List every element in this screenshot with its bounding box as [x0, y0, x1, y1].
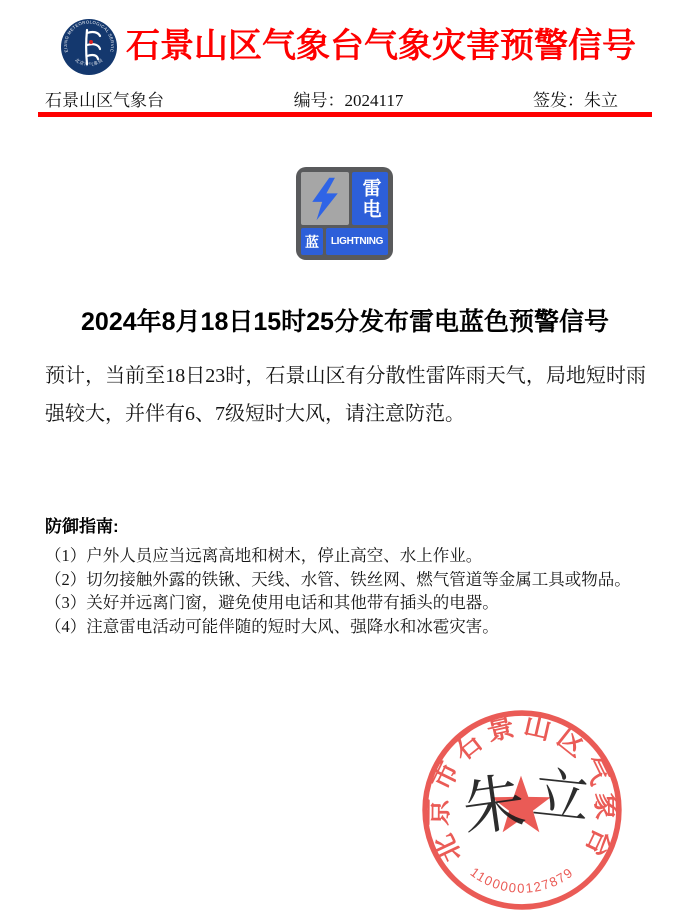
guideline-item: （4）注意雷电活动可能伴随的短时大风、强降水和冰雹灾害。 [45, 615, 646, 639]
defense-guidelines: 防御指南: （1）户外人员应当远离高地和树木，停止高空、水上作业。 （2）切勿接… [45, 512, 646, 638]
guidelines-title: 防御指南: [45, 512, 646, 537]
warning-body-text: 预计，当前至18日23时，石景山区有分散性雷阵雨天气，局地短时雨强较大，并伴有6… [45, 357, 646, 433]
doc-number: 编号：2024117 [294, 86, 404, 111]
guidelines-list: （1）户外人员应当远离高地和树木，停止高空、水上作业。 （2）切勿接触外露的铁锹… [45, 544, 646, 638]
meteorological-service-logo: BEIJING METEOROLOGICAL SERVICE 北京市气象局 [60, 18, 118, 76]
signature-char-right: 立 [530, 764, 593, 832]
hazard-english-label: LIGHTNING [326, 228, 388, 255]
lightning-bolt-icon [301, 172, 349, 225]
hazard-name-label: 雷电 [352, 172, 388, 225]
guideline-item: （2）切勿接触外露的铁锹、天线、水管、铁丝网、燃气管道等金属工具或物品。 [45, 568, 646, 592]
issuer: 签发：朱立 [533, 86, 618, 111]
guideline-item: （1）户外人员应当远离高地和树木，停止高空、水上作业。 [45, 544, 646, 568]
seal-serial-number: 1100000127879 [468, 864, 577, 895]
meta-row: 石景山区气象台 编号：2024117 签发：朱立 [45, 86, 618, 111]
warning-headline: 2024年8月18日15时25分发布雷电蓝色预警信号 [0, 302, 690, 338]
warning-document: BEIJING METEOROLOGICAL SERVICE 北京市气象局 石景… [0, 0, 690, 916]
page-title: 石景山区气象台气象灾害预警信号 [126, 26, 656, 66]
header-divider [38, 112, 652, 117]
svg-text:1100000127879: 1100000127879 [468, 864, 577, 895]
guideline-item: （3）关好并远离门窗，避免使用电话和其他带有插头的电器。 [45, 591, 646, 615]
signature-char-left: 朱 [458, 767, 530, 845]
logo-icon: BEIJING METEOROLOGICAL SERVICE 北京市气象局 [60, 18, 118, 76]
warning-level-label: 蓝 [301, 228, 323, 255]
lightning-blue-warning-sign: 雷电 蓝 LIGHTNING [296, 167, 393, 260]
official-seal: 北京市石景山区气象台 1100000127879 朱 立 [416, 704, 628, 916]
agency-name: 石景山区气象台 [45, 86, 164, 111]
